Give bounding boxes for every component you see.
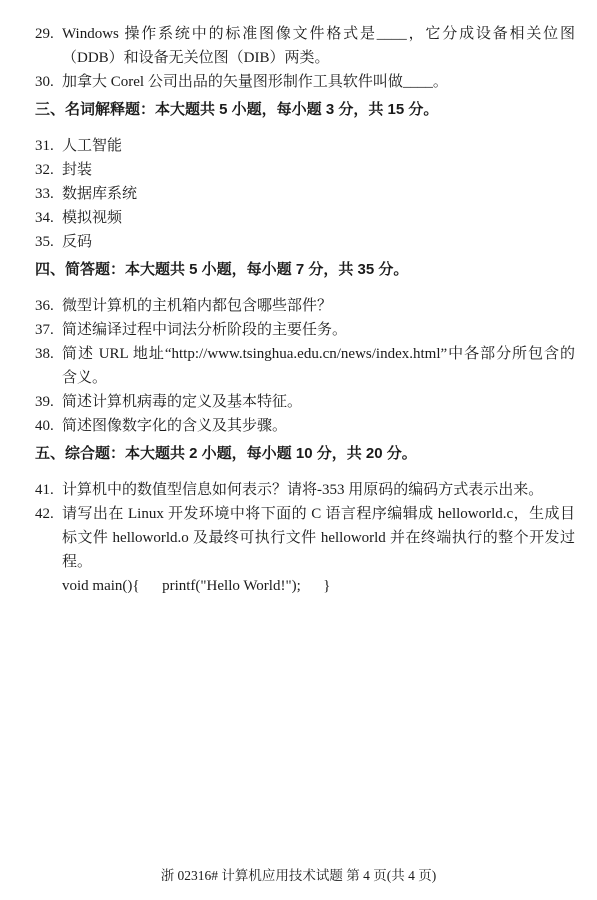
question-35-number: 35.: [35, 230, 62, 254]
question-40: 40. 简述图像数字化的含义及其步骤。: [35, 414, 575, 438]
question-29: 29. Windows 操作系统中的标准图像文件格式是____，它分成设备相关位…: [35, 22, 575, 70]
exam-paper-page: 29. Windows 操作系统中的标准图像文件格式是____，它分成设备相关位…: [0, 0, 597, 900]
question-42-code-snippet: void main(){ printf("Hello World!"); }: [62, 574, 575, 598]
question-34: 34. 模拟视频: [35, 206, 575, 230]
question-42: 42. 请写出在 Linux 开发环境中将下面的 C 语言程序编辑成 hello…: [35, 502, 575, 598]
page-footer: 浙 02316# 计算机应用技术试题 第 4 页(共 4 页): [0, 866, 597, 886]
question-41: 41. 计算机中的数值型信息如何表示？请将-353 用原码的编码方式表示出来。: [35, 478, 575, 502]
question-33: 33. 数据库系统: [35, 182, 575, 206]
question-29-number: 29.: [35, 22, 62, 70]
question-38-number: 38.: [35, 342, 62, 390]
section-3-heading: 三、名词解释题：本大题共 5 小题，每小题 3 分，共 15 分。: [35, 98, 575, 122]
question-34-text: 模拟视频: [62, 206, 575, 230]
question-36-text: 微型计算机的主机箱内都包含哪些部件？: [62, 294, 575, 318]
question-40-number: 40.: [35, 414, 62, 438]
question-39-text: 简述计算机病毒的定义及基本特征。: [62, 390, 575, 414]
question-42-body: 请写出在 Linux 开发环境中将下面的 C 语言程序编辑成 helloworl…: [62, 502, 575, 598]
question-37-number: 37.: [35, 318, 62, 342]
question-32: 32. 封装: [35, 158, 575, 182]
question-41-text: 计算机中的数值型信息如何表示？请将-353 用原码的编码方式表示出来。: [62, 478, 575, 502]
question-37: 37. 简述编译过程中词法分析阶段的主要任务。: [35, 318, 575, 342]
question-32-number: 32.: [35, 158, 62, 182]
question-39: 39. 简述计算机病毒的定义及基本特征。: [35, 390, 575, 414]
question-33-text: 数据库系统: [62, 182, 575, 206]
question-29-text: Windows 操作系统中的标准图像文件格式是____，它分成设备相关位图（DD…: [62, 22, 575, 70]
question-31: 31. 人工智能: [35, 134, 575, 158]
question-40-text: 简述图像数字化的含义及其步骤。: [62, 414, 575, 438]
question-42-number: 42.: [35, 502, 62, 598]
question-41-number: 41.: [35, 478, 62, 502]
question-34-number: 34.: [35, 206, 62, 230]
question-32-text: 封装: [62, 158, 575, 182]
section-5-heading: 五、综合题：本大题共 2 小题，每小题 10 分，共 20 分。: [35, 442, 575, 466]
question-33-number: 33.: [35, 182, 62, 206]
question-31-number: 31.: [35, 134, 62, 158]
question-37-text: 简述编译过程中词法分析阶段的主要任务。: [62, 318, 575, 342]
question-36: 36. 微型计算机的主机箱内都包含哪些部件？: [35, 294, 575, 318]
question-36-number: 36.: [35, 294, 62, 318]
question-42-text: 请写出在 Linux 开发环境中将下面的 C 语言程序编辑成 helloworl…: [62, 506, 575, 570]
question-38-text: 简述 URL 地址“http://www.tsinghua.edu.cn/new…: [62, 342, 575, 390]
question-30-text: 加拿大 Corel 公司出品的矢量图形制作工具软件叫做____。: [62, 70, 575, 94]
question-39-number: 39.: [35, 390, 62, 414]
question-30-number: 30.: [35, 70, 62, 94]
question-30: 30. 加拿大 Corel 公司出品的矢量图形制作工具软件叫做____。: [35, 70, 575, 94]
question-38: 38. 简述 URL 地址“http://www.tsinghua.edu.cn…: [35, 342, 575, 390]
section-4-heading: 四、简答题：本大题共 5 小题，每小题 7 分，共 35 分。: [35, 258, 575, 282]
question-35-text: 反码: [62, 230, 575, 254]
exam-content: 29. Windows 操作系统中的标准图像文件格式是____，它分成设备相关位…: [35, 22, 575, 598]
question-31-text: 人工智能: [62, 134, 575, 158]
question-35: 35. 反码: [35, 230, 575, 254]
